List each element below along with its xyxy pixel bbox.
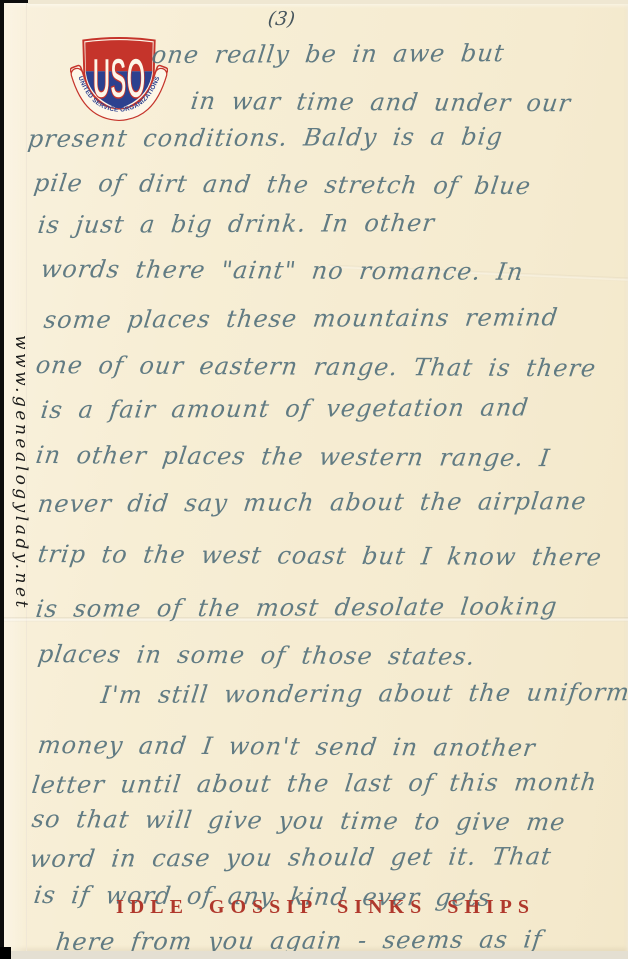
watermark: www.genealogylady.net bbox=[11, 335, 31, 611]
letter-paper: USO UNITED SERVICE ORGANIZATIONS (3) one… bbox=[4, 3, 628, 952]
letter-line-15: I'm still wondering about the uniform bbox=[99, 678, 628, 709]
letter-line-18: so that will give you time to give me bbox=[30, 805, 567, 836]
scan-bottom-edge bbox=[10, 951, 628, 959]
letter-line-16: money and I won't send in another bbox=[36, 731, 537, 762]
scan-corner-mark bbox=[0, 947, 11, 959]
letter-line-13: is some of the most desolate looking bbox=[34, 592, 559, 623]
letter-line-19: word in case you should get it. That bbox=[28, 842, 553, 873]
letter-line-10: in other places the western range. I bbox=[34, 441, 552, 472]
letter-line-4: pile of dirt and the stretch of blue bbox=[32, 169, 533, 200]
letter-line-14: places in some of those states. bbox=[36, 640, 477, 671]
letter-line-11: never did say much about the airplane bbox=[36, 487, 588, 518]
scanned-letter-page: USO UNITED SERVICE ORGANIZATIONS (3) one… bbox=[0, 0, 628, 959]
letter-line-6: words there "aint" no romance. In bbox=[39, 255, 525, 286]
letter-line-17: letter until about the last of this mont… bbox=[30, 768, 598, 799]
letter-line-2: in war time and under our bbox=[189, 87, 573, 117]
censorship-slogan: IDLE GOSSIP SINKS SHIPS bbox=[116, 896, 535, 919]
scan-top-edge bbox=[28, 0, 628, 4]
letter-line-12: trip to the west coast but I know there bbox=[36, 540, 604, 571]
letter-line-1: one really be in awe but bbox=[150, 39, 506, 69]
letter-line-9: is a fair amount of vegetation and bbox=[39, 393, 530, 424]
letter-body: one really be in awe butin war time and … bbox=[4, 3, 628, 952]
letter-line-8: one of our eastern range. That is there bbox=[34, 351, 598, 382]
letter-line-3: present conditions. Baldy is a big bbox=[26, 123, 504, 153]
letter-line-7: some places these mountains remind bbox=[42, 303, 559, 334]
letter-line-5: is just a big drink. In other bbox=[36, 209, 436, 239]
